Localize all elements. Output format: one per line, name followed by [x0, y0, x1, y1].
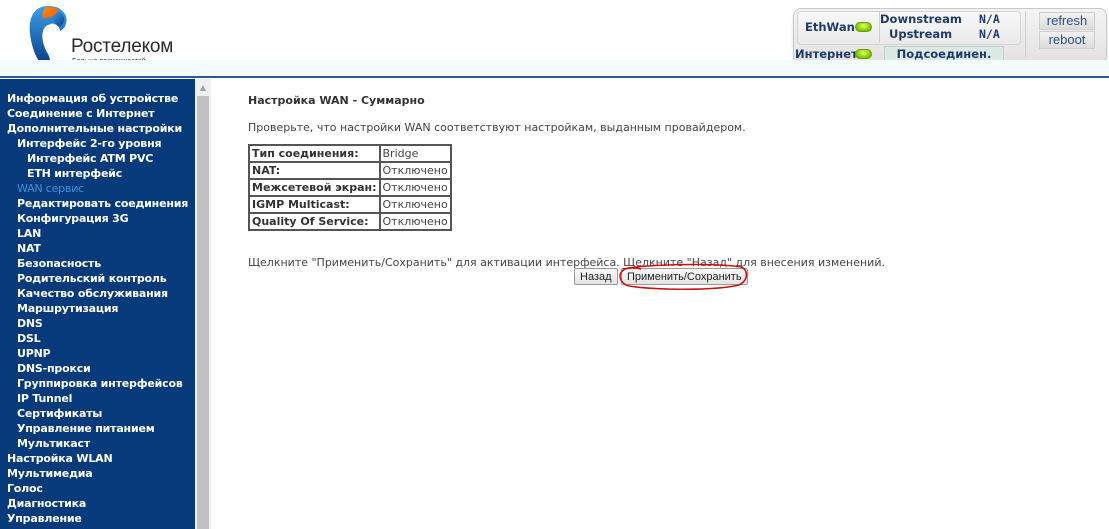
- summary-value: Bridge: [380, 145, 451, 162]
- summary-key: NAT:: [249, 162, 380, 179]
- sidebar-item[interactable]: Голос: [0, 481, 195, 496]
- sidebar-item[interactable]: Сертификаты: [0, 406, 195, 421]
- sidebar-item[interactable]: LAN: [0, 226, 195, 241]
- table-row: Межсетевой экран:Отключено: [249, 179, 451, 196]
- action-hint: Щелкните "Применить/Сохранить" для актив…: [248, 256, 885, 269]
- table-row: NAT:Отключено: [249, 162, 451, 179]
- upstream-label: Upstream: [889, 27, 952, 41]
- sidebar-item[interactable]: DNS-прокси: [0, 361, 195, 376]
- status-divider: [1025, 11, 1026, 57]
- sidebar-item[interactable]: Интерфейс ATM PVC: [0, 151, 195, 166]
- summary-key: Тип соединения:: [249, 145, 380, 162]
- summary-key: Межсетевой экран:: [249, 179, 380, 196]
- page-description: Проверьте, что настройки WAN соответству…: [248, 121, 746, 134]
- status-panel: EthWan Downstream Upstream N/A N/A Интер…: [793, 8, 1105, 64]
- summary-value: Отключено: [380, 179, 451, 196]
- sidebar-item[interactable]: Группировка интерфейсов: [0, 376, 195, 391]
- sidebar-item[interactable]: Мультимедиа: [0, 466, 195, 481]
- table-row: Quality Of Service:Отключено: [249, 213, 451, 230]
- internet-led-icon: [855, 49, 872, 59]
- downstream-label: Downstream: [880, 12, 962, 26]
- summary-value: Отключено: [380, 213, 451, 230]
- header-band: [0, 60, 1109, 76]
- summary-key: IGMP Multicast:: [249, 196, 380, 213]
- sidebar-item[interactable]: Безопасность: [0, 256, 195, 271]
- sidebar-item[interactable]: NAT: [0, 241, 195, 256]
- sidebar-scrollbar[interactable]: ▲: [195, 79, 211, 529]
- sidebar-item[interactable]: IP Tunnel: [0, 391, 195, 406]
- sidebar-item[interactable]: Управление питанием: [0, 421, 195, 436]
- sidebar-item[interactable]: Дополнительные настройки: [0, 121, 195, 136]
- upstream-value: N/A: [979, 27, 1000, 41]
- sidebar-item[interactable]: Качество обслуживания: [0, 286, 195, 301]
- wan-summary-table: Тип соединения:BridgeNAT:ОтключеноМежсет…: [248, 144, 452, 231]
- sidebar-item[interactable]: Настройка WLAN: [0, 451, 195, 466]
- summary-key: Quality Of Service:: [249, 213, 380, 230]
- summary-value: Отключено: [380, 196, 451, 213]
- sidebar-item[interactable]: Мультикаст: [0, 436, 195, 451]
- downstream-value: N/A: [979, 12, 1000, 26]
- header-divider: [0, 76, 1109, 78]
- sidebar-item[interactable]: Управление: [0, 511, 195, 526]
- sidebar-item[interactable]: Конфигурация 3G: [0, 211, 195, 226]
- refresh-button[interactable]: refresh: [1039, 12, 1095, 30]
- internet-label: Интернет: [795, 47, 858, 61]
- ethwan-led-icon: [855, 22, 872, 32]
- sidebar-item[interactable]: UPNP: [0, 346, 195, 361]
- sidebar-item[interactable]: Редактировать соединения: [0, 196, 195, 211]
- sidebar-item[interactable]: WAN сервис: [0, 181, 195, 196]
- table-row: IGMP Multicast:Отключено: [249, 196, 451, 213]
- back-button[interactable]: Назад: [574, 268, 618, 285]
- sidebar-item[interactable]: ETH интерфейс: [0, 166, 195, 181]
- sidebar-item[interactable]: Диагностика: [0, 496, 195, 511]
- table-row: Тип соединения:Bridge: [249, 145, 451, 162]
- sidebar-item[interactable]: Информация об устройстве: [0, 91, 195, 106]
- summary-value: Отключено: [380, 162, 451, 179]
- apply-save-button[interactable]: Применить/Сохранить: [621, 268, 748, 285]
- scroll-up-arrow-icon[interactable]: ▲: [195, 79, 211, 96]
- ethwan-label: EthWan: [805, 20, 855, 34]
- logo-mark-icon: [26, 4, 72, 68]
- scroll-thumb[interactable]: [197, 96, 209, 529]
- rostelecom-logo: Ростелеком Больше возможностей: [26, 4, 226, 68]
- page-title: Настройка WAN - Суммарно: [248, 94, 425, 107]
- brand-name: Ростелеком: [71, 36, 173, 58]
- sidebar-item[interactable]: DNS: [0, 316, 195, 331]
- sidebar-item[interactable]: DSL: [0, 331, 195, 346]
- sidebar-item[interactable]: Маршрутизация: [0, 301, 195, 316]
- nav-menu: Информация об устройствеСоединение с Инт…: [0, 79, 195, 526]
- sidebar-item[interactable]: Соединение с Интернет: [0, 106, 195, 121]
- reboot-button[interactable]: reboot: [1039, 31, 1095, 49]
- sidebar-item[interactable]: Родительский контроль: [0, 271, 195, 286]
- sidebar-nav: Информация об устройствеСоединение с Инт…: [0, 79, 195, 529]
- sidebar-item[interactable]: Интерфейс 2-го уровня: [0, 136, 195, 151]
